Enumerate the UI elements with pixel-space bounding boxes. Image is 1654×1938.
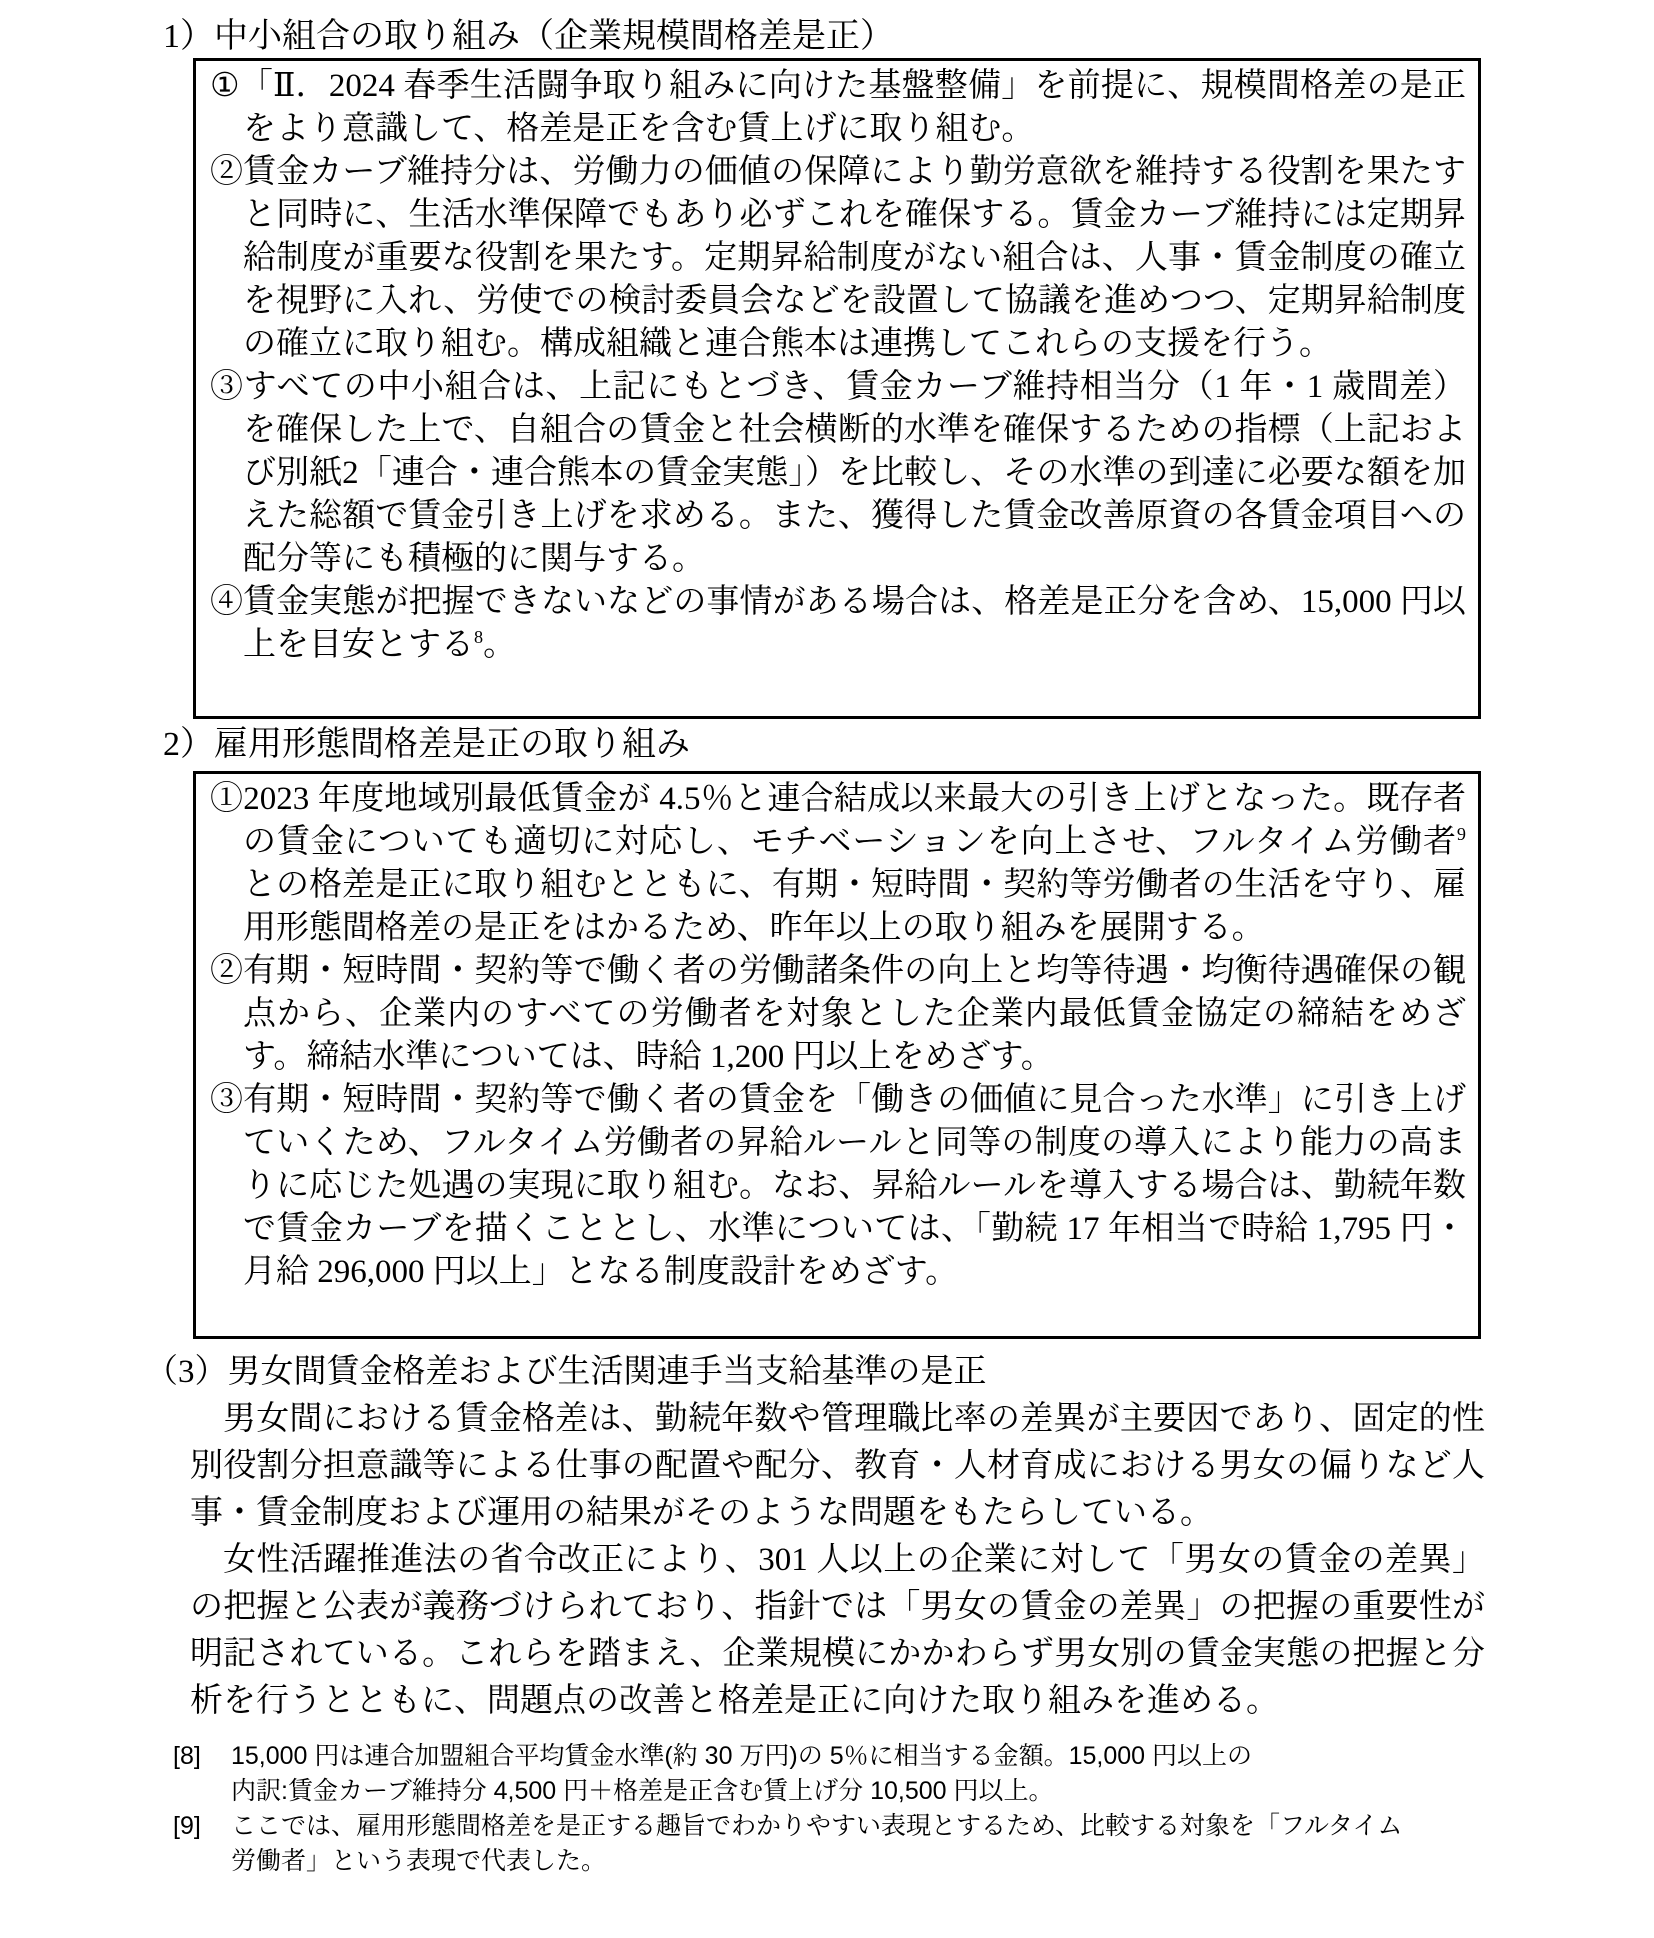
footnote-ref-9: 9 <box>1457 824 1466 844</box>
box2-item-3: ③有期・短時間・契約等で働く者の賃金を「働きの価値に見合った水準」に引き上げてい… <box>210 1079 1466 1294</box>
box1-item-3: ③すべての中小組合は、上記にもとづき、賃金カーブ維持相当分（1 年・1 歳間差）… <box>210 366 1466 581</box>
section2-box: ①2023 年度地域別最低賃金が 4.5％と連合結成以来最大の引き上げとなった。… <box>193 771 1481 1339</box>
footnote-marker: [8] <box>173 1739 231 1774</box>
item-text: 賃金カーブ維持分は、労働力の価値の保障により勤労意欲を維持する役割を果たすと同時… <box>243 154 1466 362</box>
item-text: 賃金実態が把握できないなどの事情がある場合は、格差是正分を含め、15,000 円… <box>243 584 1466 663</box>
footnote-9: [9] ここでは、雇用形態間格差を是正する趣旨でわかりやすい表現とするため、比較… <box>173 1809 1490 1879</box>
item-text-post: 。 <box>483 627 516 663</box>
item-marker: ③ <box>210 1082 243 1118</box>
box2-item-2: ②有期・短時間・契約等で働く者の労働諸条件の向上と均等待遇・均衡待遇確保の観点か… <box>210 950 1466 1079</box>
footnote-8: [8] 15,000 円は連合加盟組合平均賃金水準(約 30 万円)の 5％に相… <box>173 1739 1490 1809</box>
page-content: 1）中小組合の取り組み（企業規模間格差是正） ①「Ⅱ．2024 春季生活闘争取り… <box>145 16 1490 1879</box>
box1-item-1: ①「Ⅱ．2024 春季生活闘争取り組みに向けた基盤整備」を前提に、規模間格差の是… <box>210 65 1466 151</box>
item-marker: ② <box>210 154 243 190</box>
item-text: 有期・短時間・契約等で働く者の労働諸条件の向上と均等待遇・均衡待遇確保の観点から… <box>243 953 1466 1075</box>
item-text: 有期・短時間・契約等で働く者の賃金を「働きの価値に見合った水準」に引き上げていく… <box>243 1082 1466 1290</box>
footnote-marker: [9] <box>173 1809 231 1844</box>
box1-item-4: ④賃金実態が把握できないなどの事情がある場合は、格差是正分を含め、15,000 … <box>210 581 1466 667</box>
section1-box: ①「Ⅱ．2024 春季生活闘争取り組みに向けた基盤整備」を前提に、規模間格差の是… <box>193 58 1481 719</box>
section1-heading: 1）中小組合の取り組み（企業規模間格差是正） <box>163 16 1490 58</box>
footnote-line: 労働者」という表現で代表した。 <box>231 1844 1490 1879</box>
document-page: 1）中小組合の取り組み（企業規模間格差是正） ①「Ⅱ．2024 春季生活闘争取り… <box>0 0 1654 1938</box>
section3-paragraph-2: 女性活躍推進法の省令改正により、301 人以上の企業に対して「男女の賃金の差異」… <box>190 1537 1485 1725</box>
footnote-line: 内訳:賃金カーブ維持分 4,500 円＋格差是正含む賃上げ分 10,500 円以… <box>231 1774 1490 1809</box>
item-text: すべての中小組合は、上記にもとづき、賃金カーブ維持相当分（1 年・1 歳間差）を… <box>243 369 1466 577</box>
item-marker: ④ <box>210 584 243 620</box>
item-marker: ③ <box>210 369 244 405</box>
item-text-post: との格差是正に取り組むとともに、有期・短時間・契約等労働者の生活を守り、雇用形態… <box>243 867 1466 946</box>
section3-paragraph-1: 男女間における賃金格差は、勤続年数や管理職比率の差異が主要因であり、固定的性別役… <box>190 1396 1485 1537</box>
section3-heading: （3）男女間賃金格差および生活関連手当支給基準の是正 <box>145 1349 1490 1396</box>
item-marker: ① <box>210 781 243 817</box>
footnote-text: 15,000 円は連合加盟組合平均賃金水準(約 30 万円)の 5％に相当する金… <box>231 1739 1490 1809</box>
box2-item-1: ①2023 年度地域別最低賃金が 4.5％と連合結成以来最大の引き上げとなった。… <box>210 778 1466 950</box>
item-text: 2023 年度地域別最低賃金が 4.5％と連合結成以来最大の引き上げとなった。既… <box>243 781 1466 860</box>
item-marker: ① <box>210 68 240 104</box>
section2-heading: 2）雇用形態間格差是正の取り組み <box>163 724 1490 766</box>
footnote-line: ここでは、雇用形態間格差を是正する趣旨でわかりやすい表現とするため、比較する対象… <box>231 1809 1490 1844</box>
footnote-line: 15,000 円は連合加盟組合平均賃金水準(約 30 万円)の 5％に相当する金… <box>231 1739 1490 1774</box>
box1-item-2: ②賃金カーブ維持分は、労働力の価値の保障により勤労意欲を維持する役割を果たすと同… <box>210 151 1466 366</box>
footnotes: [8] 15,000 円は連合加盟組合平均賃金水準(約 30 万円)の 5％に相… <box>173 1739 1490 1879</box>
footnote-ref-8: 8 <box>474 627 483 647</box>
footnote-text: ここでは、雇用形態間格差を是正する趣旨でわかりやすい表現とするため、比較する対象… <box>231 1809 1490 1879</box>
item-marker: ② <box>210 953 243 989</box>
item-text: 「Ⅱ．2024 春季生活闘争取り組みに向けた基盤整備」を前提に、規模間格差の是正… <box>240 68 1466 147</box>
